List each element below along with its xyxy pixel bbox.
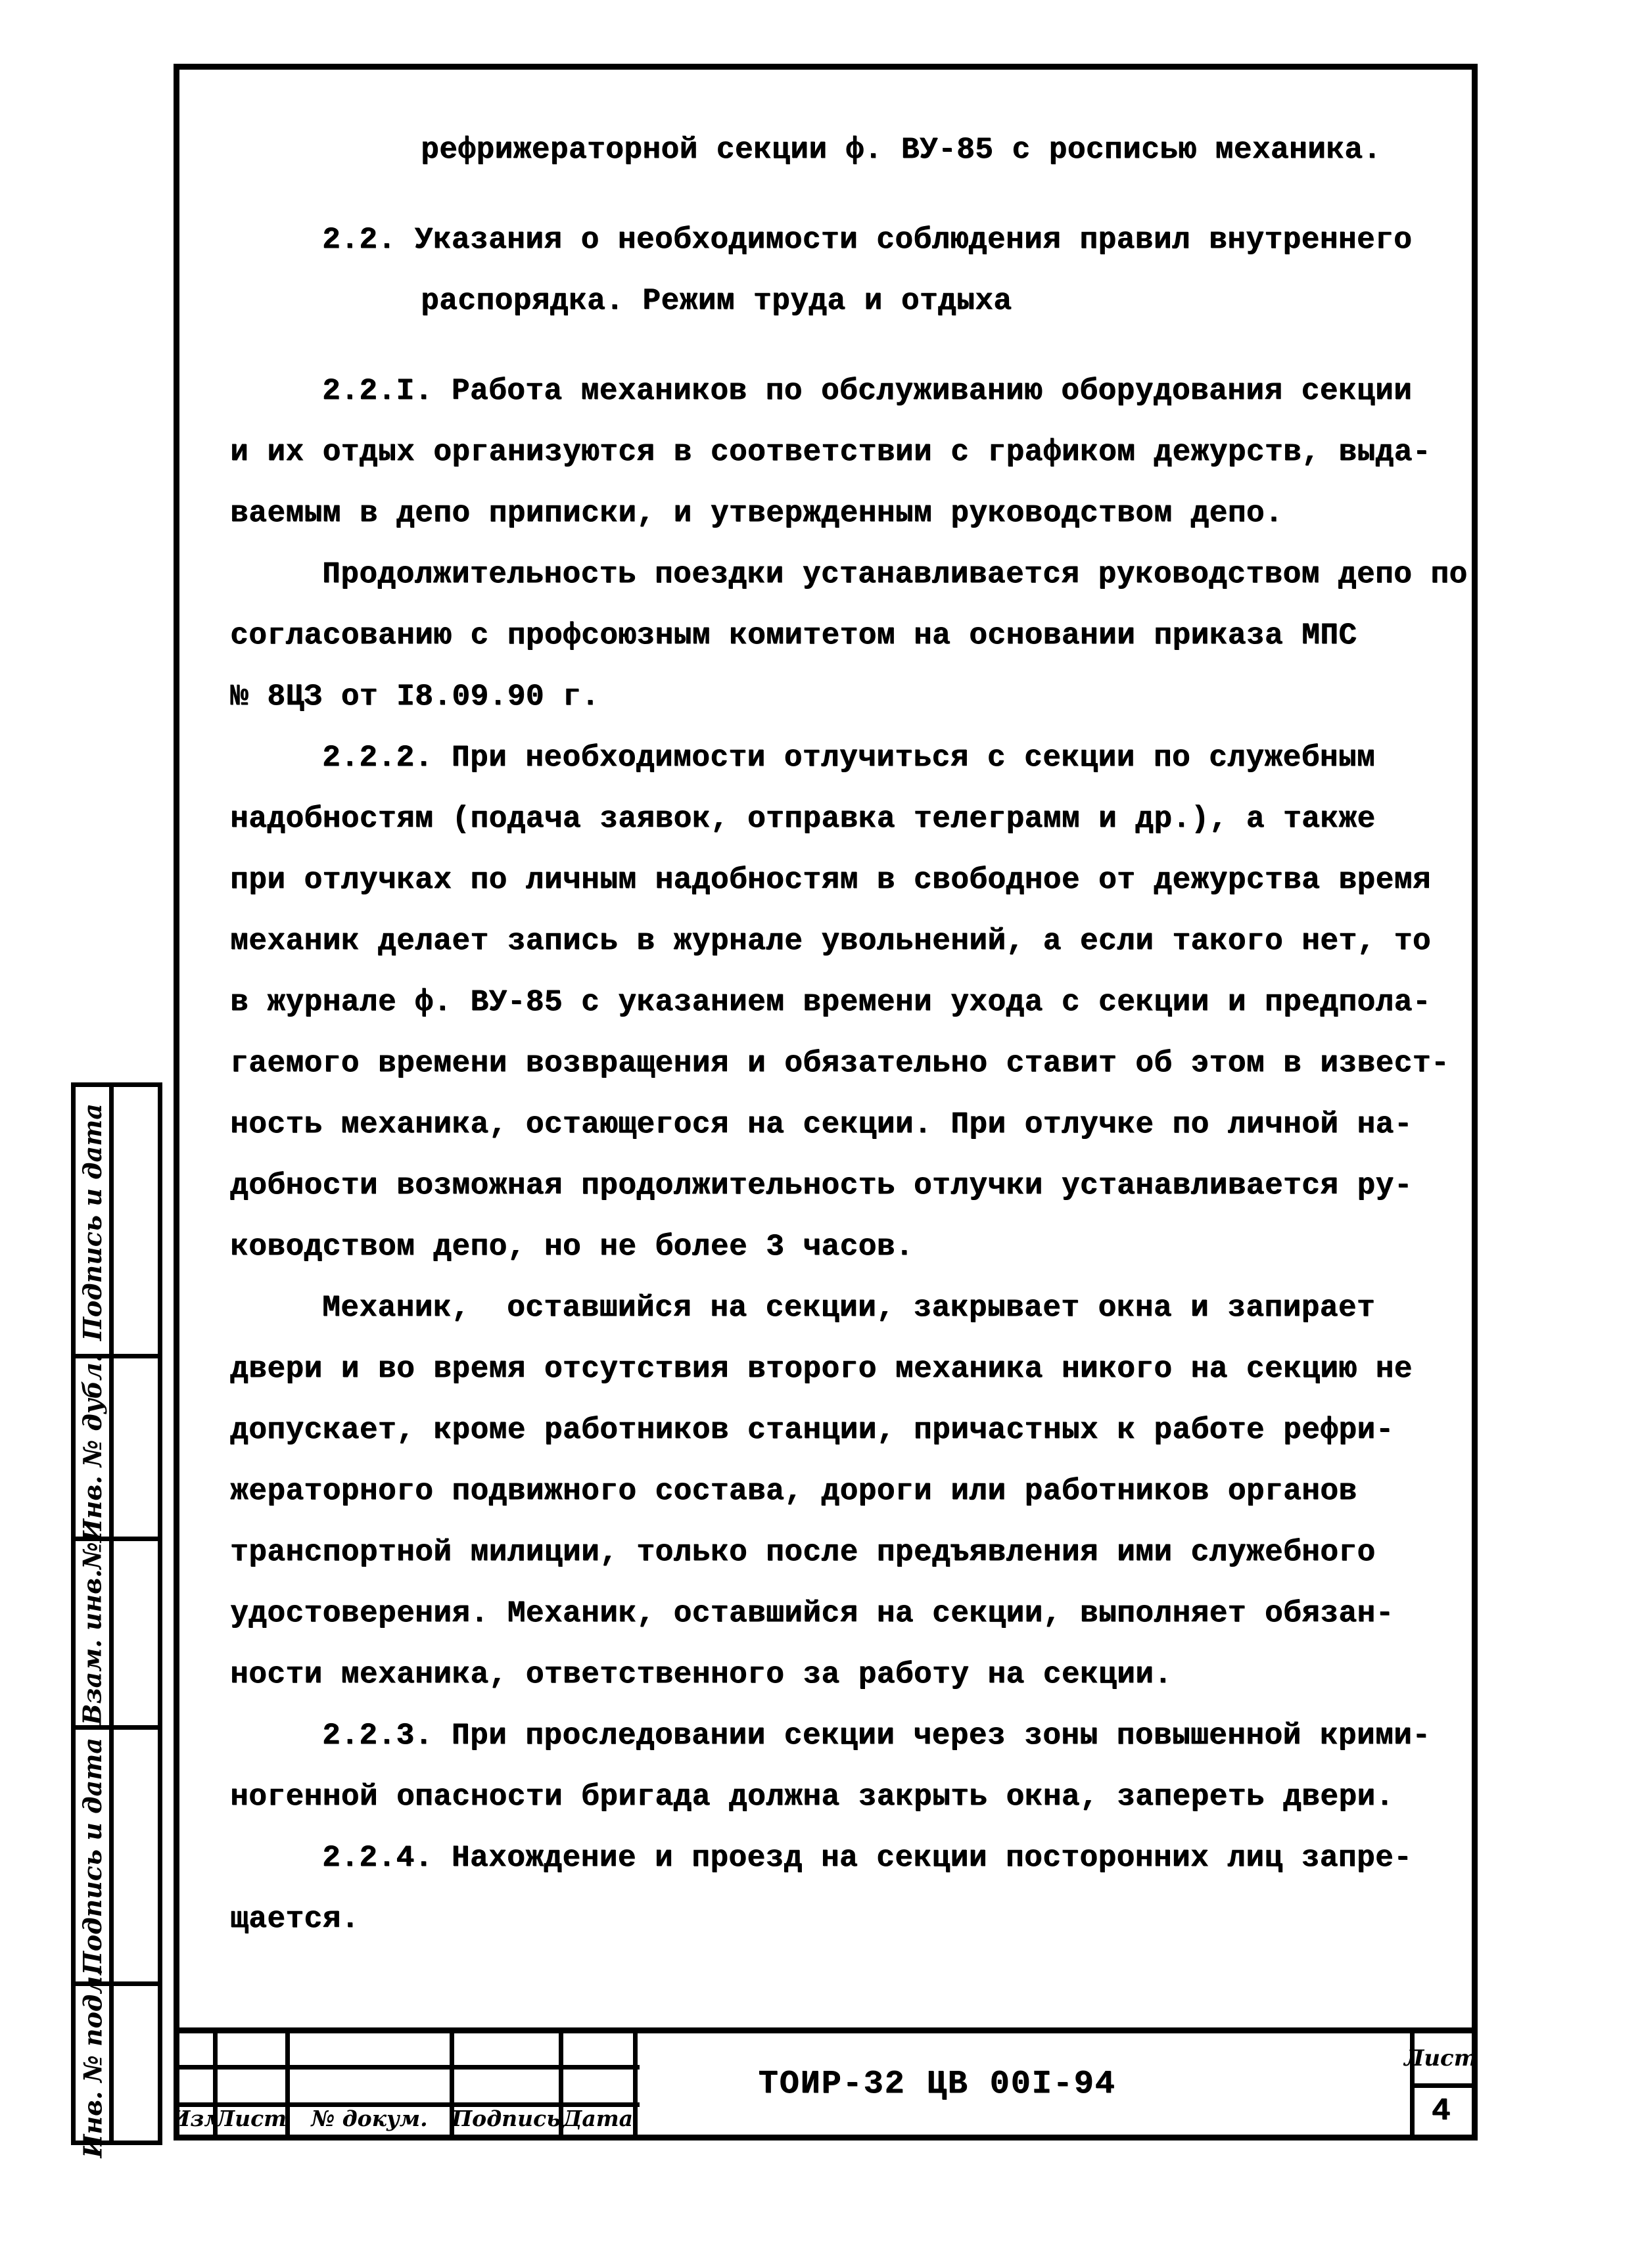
sidebar-cell-label: Взам. инв.№ — [78, 1542, 107, 1724]
revision-column-label: № докум. — [287, 2102, 452, 2135]
text-line: 2.2.3. При проследовании секции через зо… — [230, 1705, 1423, 1766]
sheet-number-cell: 4 — [1410, 2088, 1472, 2135]
text-line: надобностям (подача заявок, отправка тел… — [230, 788, 1423, 849]
text-line-content: ногенной опасности бригада должна закрыт… — [230, 1780, 1394, 1814]
text-line: двери и во время отсутствия второго меха… — [230, 1338, 1423, 1399]
text-body: рефрижераторной секции ф. ВУ-85 с роспис… — [230, 119, 1423, 1949]
text-line-content: механик делает запись в журнале увольнен… — [230, 924, 1431, 958]
text-line: Механик, оставшийся на секции, закрывает… — [230, 1277, 1423, 1338]
text-line-content: транспортной милиции, только после предъ… — [230, 1535, 1375, 1569]
revision-label-row: ИзмЛист№ докум.ПодписьДата — [179, 2102, 635, 2135]
scanned-document-page: рефрижераторной секции ф. ВУ-85 с роспис… — [0, 0, 1640, 2268]
title-block-hline — [179, 2065, 640, 2070]
sidebar-cell-label: Подпись и дата — [78, 1103, 107, 1340]
text-line-content: ваемым в депо приписки, и утвержденным р… — [230, 496, 1283, 530]
text-line-content: 2.2.4. Нахождение и проезд на секции пос… — [230, 1841, 1412, 1875]
document-code: ТОИР-32 ЦВ 00I-94 — [758, 2066, 1115, 2103]
text-line: транспортной милиции, только после предъ… — [230, 1521, 1423, 1583]
text-line: 2.2. Указания о необходимости соблюдения… — [230, 209, 1423, 270]
text-line: щается. — [230, 1888, 1423, 1949]
text-line-content: 2.2.2. При необходимости отлучиться с се… — [230, 741, 1375, 775]
text-line-content: при отлучках по личным надобностям в сво… — [230, 863, 1431, 897]
text-line-content: допускает, кроме работников станции, при… — [230, 1413, 1394, 1447]
text-line: жераторного подвижного состава, дороги и… — [230, 1460, 1423, 1521]
text-line: Продолжительность поездки устанавливаетс… — [230, 544, 1423, 605]
revision-column-label: Изм — [179, 2102, 215, 2135]
title-block: ИзмЛист№ докум.ПодписьДата ТОИР-32 ЦВ 00… — [174, 2027, 1478, 2141]
gost-sidebar: Подпись и датаИнв. № дубл.Взам. инв.№Под… — [71, 1082, 162, 2145]
text-line: гаемого времени возвращения и обязательн… — [230, 1032, 1423, 1094]
text-line-content: и их отдых организуются в соответствии с… — [230, 435, 1431, 469]
text-line-content: добности возможная продолжительность отл… — [230, 1169, 1413, 1203]
text-line: распорядка. Режим труда и отдыха — [230, 270, 1423, 331]
text-line: ководством депо, но не более 3 часов. — [230, 1216, 1423, 1277]
text-line: № 8ЦЗ от I8.09.90 г. — [230, 666, 1423, 727]
sidebar-cell: Подпись и дата — [76, 1728, 109, 1984]
text-line: ногенной опасности бригада должна закрыт… — [230, 1766, 1423, 1827]
text-line-content: удостоверения. Механик, оставшийся на се… — [230, 1596, 1394, 1631]
text-line-content: согласованию с профсоюзным комитетом на … — [230, 618, 1357, 653]
text-line: допускает, кроме работников станции, при… — [230, 1399, 1423, 1460]
sidebar-cell: Инв. № дубл. — [76, 1356, 109, 1539]
text-line-content: рефрижераторной секции ф. ВУ-85 с роспис… — [230, 133, 1381, 167]
revision-column-label: Лист — [215, 2102, 287, 2135]
text-line-content: 2.2. Указания о необходимости соблюдения… — [230, 223, 1412, 257]
text-line: ваемым в депо приписки, и утвержденным р… — [230, 482, 1423, 544]
text-line-content: щается. — [230, 1902, 360, 1936]
text-line-content: распорядка. Режим труда и отдыха — [230, 284, 1012, 318]
sidebar-cell: Взам. инв.№ — [76, 1539, 109, 1728]
text-line-content: ности механика, ответственного за работу… — [230, 1657, 1172, 1692]
text-line-content: двери и во время отсутствия второго меха… — [230, 1352, 1413, 1386]
document-code-cell: ТОИР-32 ЦВ 00I-94 — [635, 2033, 1410, 2135]
sidebar-cell-label: Инв. № дубл. — [78, 1353, 107, 1542]
sheet-label-cell: Лист — [1410, 2033, 1472, 2083]
sheet-number: 4 — [1432, 2094, 1451, 2129]
sidebar-cell: Инв. № подл. — [76, 1984, 109, 2141]
text-line: рефрижераторной секции ф. ВУ-85 с роспис… — [230, 119, 1423, 180]
text-line: механик делает запись в журнале увольнен… — [230, 910, 1423, 971]
text-line-content: Механик, оставшийся на секции, закрывает… — [230, 1291, 1375, 1325]
text-line-content: 2.2.I. Работа механиков по обслуживанию … — [230, 374, 1412, 408]
text-line-content: ность механика, остающегося на секции. П… — [230, 1107, 1413, 1142]
text-line-content: № 8ЦЗ от I8.09.90 г. — [230, 680, 599, 714]
text-line: добности возможная продолжительность отл… — [230, 1155, 1423, 1216]
text-line: при отлучках по личным надобностям в сво… — [230, 849, 1423, 910]
text-line-content: надобностям (подача заявок, отправка тел… — [230, 802, 1375, 836]
text-line-content: 2.2.3. При проследовании секции через зо… — [230, 1719, 1430, 1753]
sidebar-cell-label: Инв. № подл. — [78, 1967, 107, 2158]
text-line: 2.2.I. Работа механиков по обслуживанию … — [230, 360, 1423, 421]
text-line: 2.2.4. Нахождение и проезд на секции пос… — [230, 1827, 1423, 1888]
text-line-content: ководством депо, но не более 3 часов. — [230, 1230, 914, 1264]
text-line-content: жераторного подвижного состава, дороги и… — [230, 1474, 1357, 1508]
sidebar-cell-label: Подпись и дата — [78, 1737, 107, 1974]
revision-column-label: Подпись — [452, 2102, 561, 2135]
text-line: удостоверения. Механик, оставшийся на се… — [230, 1583, 1423, 1644]
title-block-hline — [1410, 2083, 1472, 2088]
text-line: в журнале ф. ВУ-85 с указанием времени у… — [230, 971, 1423, 1032]
text-line-content: Продолжительность поездки устанавливаетс… — [230, 557, 1467, 591]
text-line: ность механика, остающегося на секции. П… — [230, 1094, 1423, 1155]
revision-column-label: Дата — [561, 2102, 635, 2135]
text-line: и их отдых организуются в соответствии с… — [230, 421, 1423, 482]
text-line: 2.2.2. При необходимости отлучиться с се… — [230, 727, 1423, 788]
text-line-content: в журнале ф. ВУ-85 с указанием времени у… — [230, 985, 1431, 1019]
sheet-label: Лист — [1404, 2045, 1477, 2071]
text-line: согласованию с профсоюзным комитетом на … — [230, 605, 1423, 666]
text-line: ности механика, ответственного за работу… — [230, 1644, 1423, 1705]
sidebar-cell: Подпись и дата — [76, 1087, 109, 1356]
text-line-content: гаемого времени возвращения и обязательн… — [230, 1046, 1449, 1080]
